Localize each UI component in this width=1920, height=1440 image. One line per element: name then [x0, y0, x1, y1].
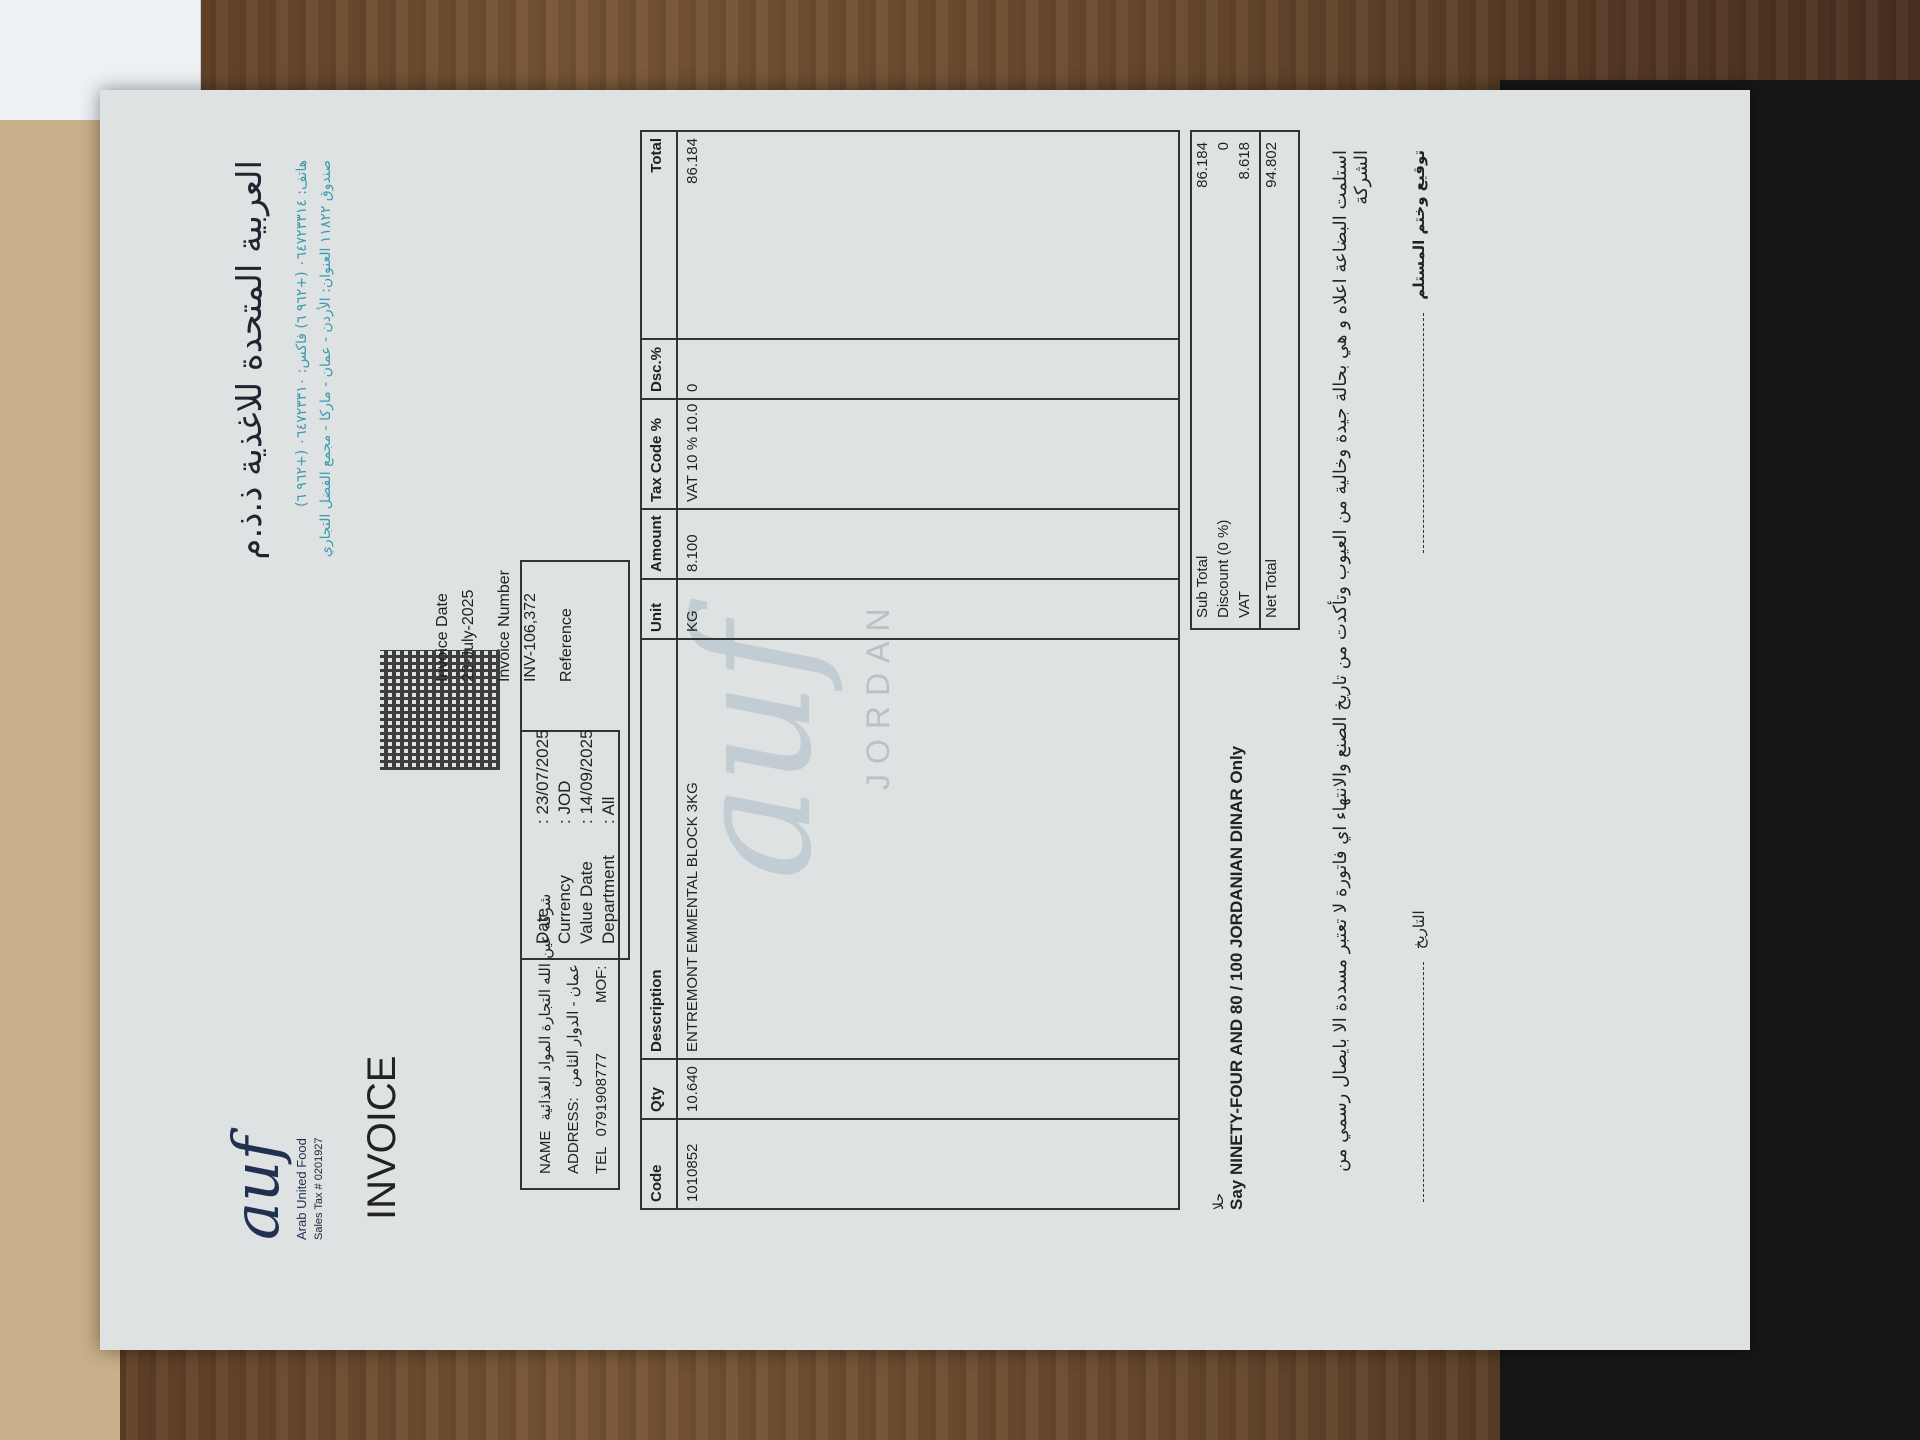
column-header: Dsc.%: [642, 338, 676, 398]
receipt-note: استلمت البضاعة اعلاه و هي بحالة جيدة وخا…: [1330, 150, 1372, 1210]
subtotal-row: Sub Total 86.184: [1192, 132, 1213, 628]
customer-mof-label: MOF:: [588, 966, 616, 1004]
invoice-number-label: Invoice Number: [492, 570, 518, 682]
vat-value: 8.618: [1236, 142, 1253, 180]
invoice-title: INVOICE: [360, 1056, 405, 1220]
company-phone-fax: هاتف: ٠٦٤٧٢٣٣١٤ (+٩٦٢ ٦) فاكس: ٠٦٤٧٢٣٣١٠…: [290, 160, 314, 600]
cell-total: 86.184: [678, 132, 1178, 338]
detail-key: Value Date: [576, 824, 598, 944]
cell-unit: KG: [678, 578, 1178, 638]
vat-row: VAT 8.618: [1234, 132, 1255, 628]
detail-value: : 14/09/2025: [576, 729, 598, 824]
company-logo: auf Arab United Food Sales Tax # 0201927: [220, 1020, 350, 1240]
invoice-paper: auf JORDAN auf Arab United Food Sales Ta…: [100, 90, 1750, 1350]
column-header: Description: [642, 638, 676, 1058]
cell-code: 1010852: [678, 1118, 1178, 1208]
logo-mark: auf: [220, 1020, 294, 1240]
invoice-date-value: 23-July-2025: [456, 570, 482, 682]
company-contact: هاتف: ٠٦٤٧٢٣٣١٤ (+٩٦٢ ٦) فاكس: ٠٦٤٧٢٣٣١٠…: [290, 160, 338, 600]
customer-address-label: ADDRESS:: [560, 1097, 588, 1174]
detail-key: Currency: [554, 824, 576, 944]
column-header: Tax Code %: [642, 398, 676, 508]
column-header: Total: [642, 132, 676, 338]
detail-row: Currency: JOD: [554, 576, 576, 944]
table-header: Code Qty Description Unit Amount Tax Cod…: [642, 132, 678, 1208]
subtotal-value: 86.184: [1194, 142, 1211, 188]
detail-row: Value Date: 14/09/2025: [576, 576, 598, 944]
detail-value: : All: [598, 797, 620, 824]
line-items-table: Code Qty Description Unit Amount Tax Cod…: [640, 130, 1180, 1210]
detail-key: Department: [598, 824, 620, 944]
signature-line: [1423, 313, 1424, 553]
company-name-ar: العربية المتحدة للاغذية ذ.ذ.م: [230, 160, 270, 560]
invoice-document: auf JORDAN auf Arab United Food Sales Ta…: [100, 90, 1750, 1350]
date-field: التاريخ: [1410, 910, 1428, 1210]
cell-tax-code: VAT 10 % 10.0: [678, 398, 1178, 508]
sales-tax-number: Sales Tax # 0201927: [313, 1020, 325, 1240]
company-address: صندوق ١١٨٢٢ العنوان: الأردن - عمان - مار…: [314, 160, 338, 600]
date-line: [1423, 962, 1424, 1202]
discount-label: Discount (0 %): [1215, 520, 1232, 618]
amount-words-prefix: حلا: [1210, 746, 1227, 1210]
column-header: Code: [642, 1118, 676, 1208]
net-total-row: Net Total 94.802: [1259, 132, 1282, 628]
net-total-value: 94.802: [1263, 142, 1280, 188]
subtotal-label: Sub Total: [1194, 556, 1211, 618]
date-label: التاريخ: [1410, 910, 1428, 949]
signature-label: توقيع وختم المستلم: [1410, 150, 1428, 300]
cell-qty: 10.640: [678, 1058, 1178, 1118]
detail-row: Department: All: [598, 576, 620, 944]
cell-amount: 8.100: [678, 508, 1178, 578]
customer-tel-label: TEL: [588, 1146, 616, 1174]
detail-value: : 23/07/2025: [532, 729, 554, 824]
net-total-label: Net Total: [1263, 559, 1280, 618]
detail-value: : JOD: [554, 781, 576, 824]
amount-in-words: حلا Say NINETY-FOUR AND 80 / 100 JORDANI…: [1210, 746, 1247, 1210]
column-header: Unit: [642, 578, 676, 638]
customer-name-label: NAME: [532, 1131, 560, 1174]
cell-discount: 0: [678, 338, 1178, 398]
customer-address-value: عمان - الدوار الثامن: [560, 964, 588, 1087]
detail-key: Date: [532, 824, 554, 944]
company-name-en: Arab United Food: [294, 1020, 309, 1240]
invoice-details-box: Date: 23/07/2025 Currency: JOD Value Dat…: [520, 560, 630, 960]
column-header: Amount: [642, 508, 676, 578]
vat-label: VAT: [1236, 591, 1253, 618]
customer-tel-value: 0791908777: [588, 1053, 616, 1136]
invoice-date-label: Invoice Date: [430, 570, 456, 682]
signature-field: توقيع وختم المستلم: [1410, 150, 1428, 561]
amount-words-text: Say NINETY-FOUR AND 80 / 100 JORDANIAN D…: [1227, 746, 1246, 1210]
discount-row: Discount (0 %) 0: [1213, 132, 1234, 628]
cell-description: ENTREMONT EMMENTAL BLOCK 3KG: [678, 638, 1178, 1058]
table-row: 1010852 10.640 ENTREMONT EMMENTAL BLOCK …: [678, 132, 1178, 1208]
discount-value: 0: [1215, 142, 1232, 150]
totals-box: Sub Total 86.184 Discount (0 %) 0 VAT 8.…: [1190, 130, 1300, 630]
signature-row: توقيع وختم المستلم التاريخ: [1410, 150, 1428, 1210]
detail-row: Date: 23/07/2025: [532, 576, 554, 944]
column-header: Qty: [642, 1058, 676, 1118]
